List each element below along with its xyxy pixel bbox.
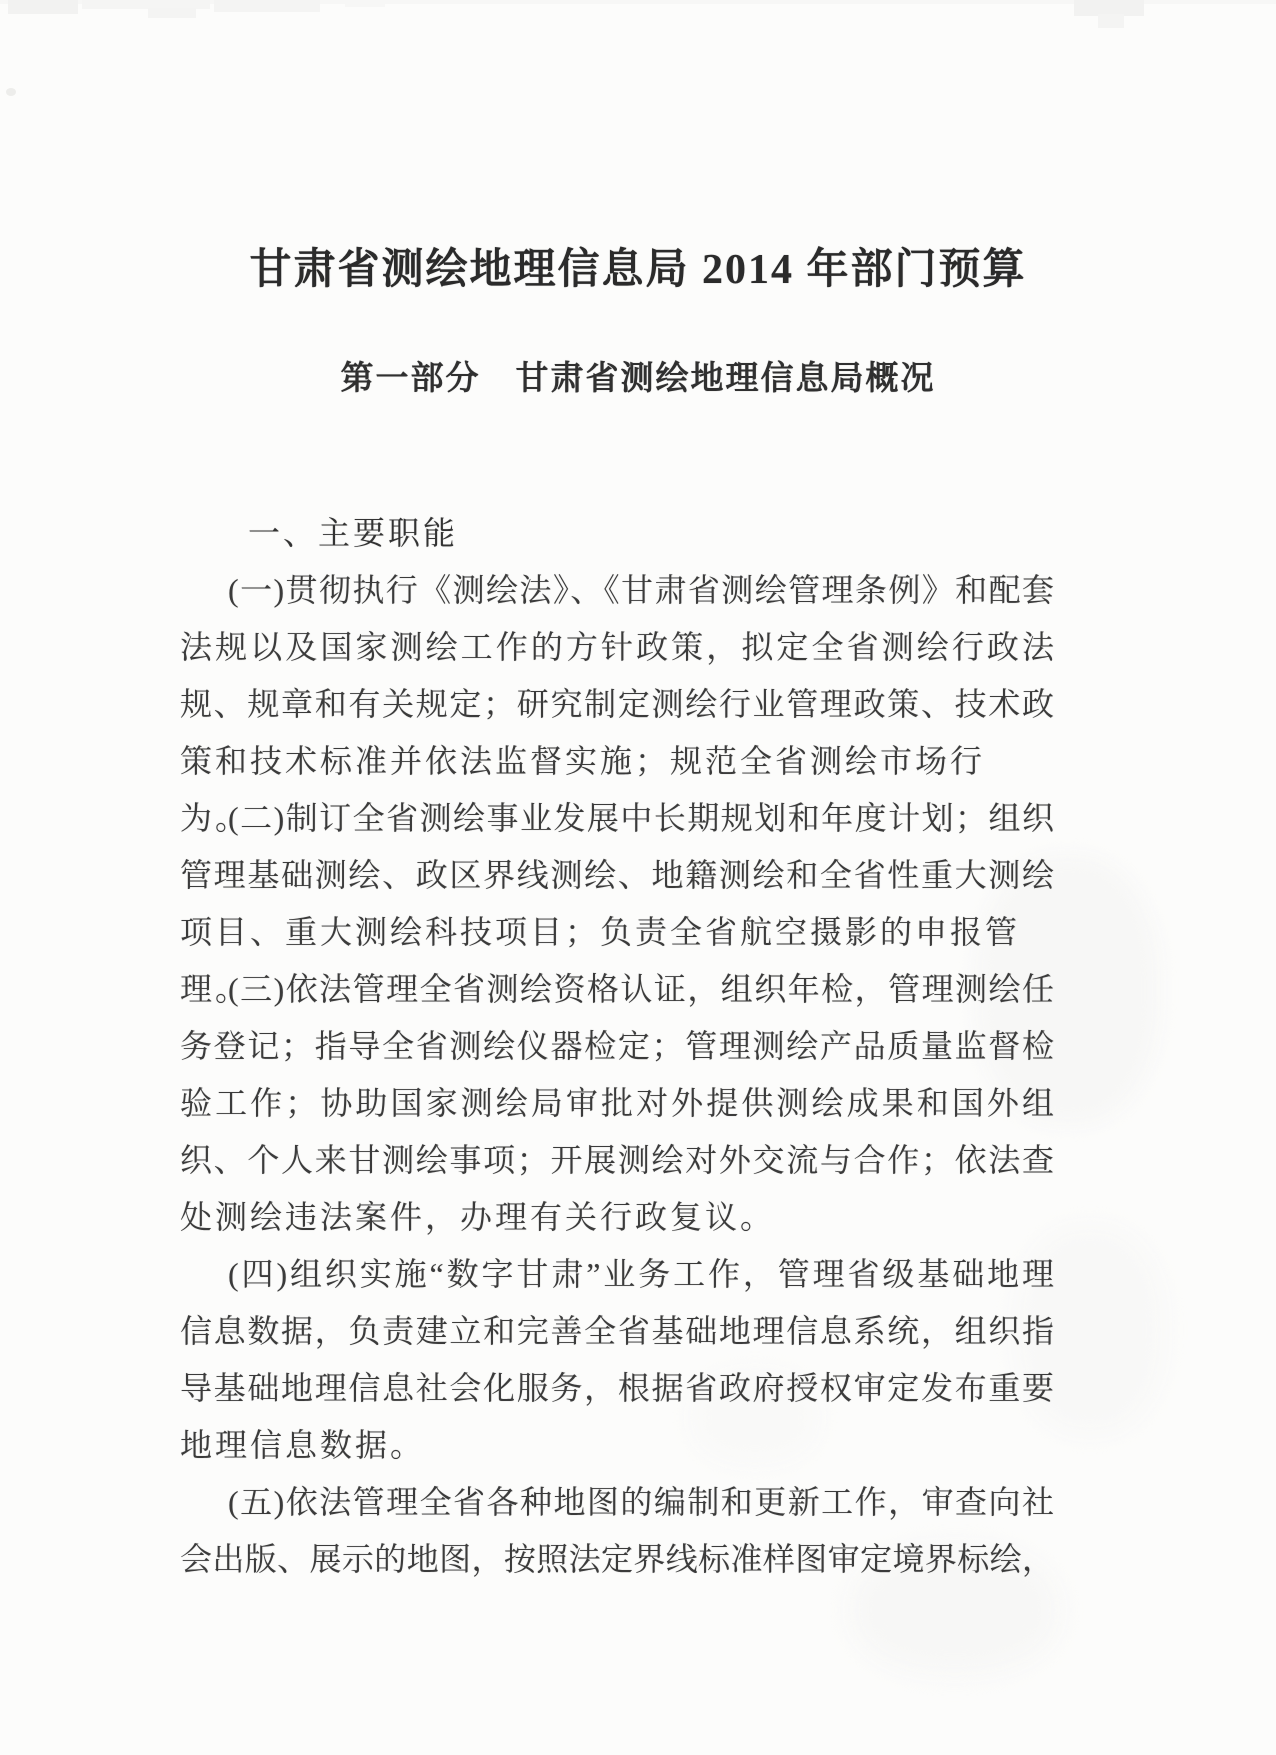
paragraph-3-line: 验工作；协助国家测绘局审批对外提供测绘成果和国外组 <box>180 1075 1054 1132</box>
paragraph-4-line: 地理信息数据。 <box>180 1417 1054 1474</box>
paragraph-4-line: 信息数据，负责建立和完善全省基础地理信息系统，组织指 <box>180 1303 1054 1360</box>
scan-artifact <box>6 88 16 96</box>
scan-artifact <box>82 0 210 9</box>
paragraph-2-line: 项目、重大测绘科技项目；负责全省航空摄影的申报管理。 <box>180 904 1054 961</box>
part-heading: 第一部分 甘肃省测绘地理信息局概况 <box>0 352 1276 399</box>
paragraph-2-line: 管理基础测绘、政区界线测绘、地籍测绘和全省性重大测绘 <box>180 847 1054 904</box>
paragraph-4-line: 导基础地理信息社会化服务，根据省政府授权审定发布重要 <box>180 1360 1054 1417</box>
scanned-document-page: 甘肃省测绘地理信息局 2014 年部门预算 第一部分 甘肃省测绘地理信息局概况 … <box>0 0 1276 1755</box>
scan-artifact <box>345 0 385 7</box>
scan-artifact <box>1074 0 1144 16</box>
scan-artifact <box>0 0 1276 4</box>
scan-artifact <box>214 0 320 12</box>
paragraph-3-line: 处测绘违法案件，办理有关行政复议。 <box>180 1189 1054 1246</box>
paragraph-3-line: (三)依法管理全省测绘资格认证，组织年检，管理测绘任 <box>180 961 1054 1018</box>
paragraph-5-line: (五)依法管理全省各种地图的编制和更新工作，审查向社 <box>180 1474 1054 1531</box>
section-heading: 一、主要职能 <box>180 505 1054 562</box>
paragraph-1-line: 法规以及国家测绘工作的方针政策，拟定全省测绘行政法 <box>180 619 1054 676</box>
scan-artifact <box>1098 14 1124 28</box>
paragraph-5-line: 会出版、展示的地图，按照法定界线标准样图审定境界标绘， <box>180 1531 1054 1588</box>
scan-artifact <box>148 8 196 18</box>
paragraph-1-line: 规、规章和有关规定；研究制定测绘行业管理政策、技术政 <box>180 676 1054 733</box>
document-body: 一、主要职能 (一)贯彻执行《测绘法》、《甘肃省测绘管理条例》和配套 法规以及国… <box>180 505 1054 1588</box>
paragraph-2-line: (二)制订全省测绘事业发展中长期规划和年度计划；组织 <box>180 790 1054 847</box>
scan-artifact <box>8 0 78 14</box>
paragraph-4-line: (四)组织实施“数字甘肃”业务工作，管理省级基础地理 <box>180 1246 1054 1303</box>
paragraph-3-line: 务登记；指导全省测绘仪器检定；管理测绘产品质量监督检 <box>180 1018 1054 1075</box>
paragraph-1-line: (一)贯彻执行《测绘法》、《甘肃省测绘管理条例》和配套 <box>180 562 1054 619</box>
document-title: 甘肃省测绘地理信息局 2014 年部门预算 <box>0 236 1276 296</box>
paragraph-3-line: 织、个人来甘测绘事项；开展测绘对外交流与合作；依法查 <box>180 1132 1054 1189</box>
paragraph-1-line: 策和技术标准并依法监督实施；规范全省测绘市场行为。 <box>180 733 1054 790</box>
